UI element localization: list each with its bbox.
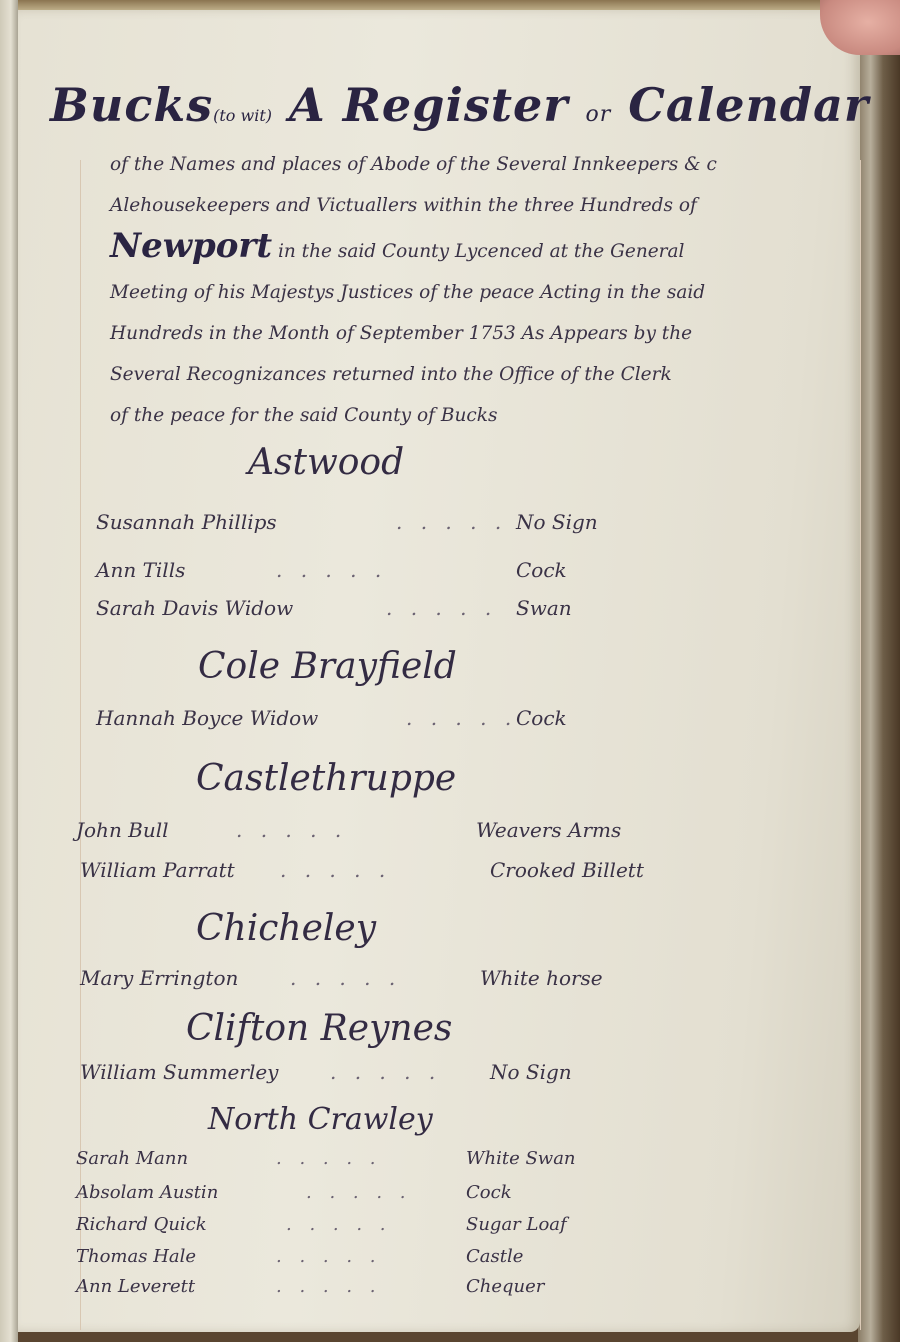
licensee-name: Richard Quick: [76, 1214, 207, 1235]
licensee-name: Sarah Mann: [76, 1148, 188, 1169]
leader-dots: . . . . .: [286, 1214, 392, 1235]
title-to-wit: (to wit): [213, 106, 272, 125]
inn-sign: Weavers Arms: [476, 818, 621, 842]
intro-line-text: in the said County Lycenced at the Gener…: [278, 241, 685, 262]
register-entry: William Summerley . . . . . No Sign: [80, 1060, 760, 1090]
inn-sign: Cock: [516, 558, 567, 582]
intro-line: of the Names and places of Abode of the …: [110, 144, 870, 185]
licensee-name: Ann Tills: [96, 558, 185, 582]
intro-line-newport: Newport in the said County Lycenced at t…: [110, 226, 870, 272]
inn-sign: White Swan: [466, 1148, 576, 1169]
leader-dots: . . . . .: [396, 510, 507, 534]
register-entry: Absolam Austin . . . . . Cock: [76, 1182, 756, 1212]
intro-line: of the peace for the said County of Buck…: [110, 395, 870, 436]
register-entry: Ann Tills . . . . . Cock: [96, 558, 776, 588]
inn-sign: Chequer: [466, 1276, 544, 1297]
register-entry: John Bull . . . . . Weavers Arms: [76, 818, 756, 848]
facing-page-edge: [0, 0, 18, 1342]
inn-sign: Sugar Loaf: [466, 1214, 567, 1235]
leader-dots: . . . . .: [276, 1246, 382, 1267]
inn-sign: No Sign: [490, 1060, 572, 1084]
licensee-name: William Summerley: [80, 1060, 278, 1084]
manuscript-page: Bucks(to wit) A Register or Calendar of …: [18, 10, 860, 1332]
register-entry: Mary Errington . . . . . White horse: [80, 966, 760, 996]
leader-dots: . . . . .: [236, 818, 347, 842]
register-entry: Ann Leverett . . . . . Chequer: [76, 1276, 756, 1306]
licensee-name: Susannah Phillips: [96, 510, 277, 534]
inn-sign: Cock: [466, 1182, 512, 1203]
intro-line: Alehousekeepers and Victuallers within t…: [110, 185, 870, 226]
inn-sign: Swan: [516, 596, 572, 620]
intro-line: Hundreds in the Month of September 1753 …: [110, 313, 870, 354]
register-entry: Hannah Boyce Widow . . . . . Cock: [96, 706, 776, 736]
title-or: or: [586, 102, 612, 127]
intro-paragraph: of the Names and places of Abode of the …: [110, 144, 870, 436]
licensee-name: Mary Errington: [80, 966, 238, 990]
leader-dots: . . . . .: [290, 966, 401, 990]
newport-heading: Newport: [110, 226, 272, 266]
parish-heading: Cole Brayfield: [198, 646, 457, 687]
leader-dots: . . . . .: [276, 1148, 382, 1169]
leader-dots: . . . . .: [406, 706, 517, 730]
intro-line: Meeting of his Majestys Justices of the …: [110, 272, 870, 313]
licensee-name: Sarah Davis Widow: [96, 596, 293, 620]
licensee-name: Ann Leverett: [76, 1276, 195, 1297]
licensee-name: Absolam Austin: [76, 1182, 218, 1203]
licensee-name: William Parratt: [80, 858, 235, 882]
leader-dots: . . . . .: [280, 858, 391, 882]
register-entry: Richard Quick . . . . . Sugar Loaf: [76, 1214, 756, 1244]
parish-heading: Clifton Reynes: [186, 1008, 452, 1049]
licensee-name: John Bull: [76, 818, 169, 842]
parish-heading: Castlethruppe: [196, 758, 456, 799]
parish-heading: North Crawley: [208, 1102, 433, 1137]
register-entry: William Parratt . . . . . Crooked Billet…: [80, 858, 760, 888]
inn-sign: Crooked Billett: [490, 858, 644, 882]
title-county: Bucks: [50, 78, 213, 132]
inn-sign: No Sign: [516, 510, 598, 534]
leader-dots: . . . . .: [330, 1060, 441, 1084]
page-title: Bucks(to wit) A Register or Calendar: [50, 78, 869, 132]
register-entry: Thomas Hale . . . . . Castle: [76, 1246, 756, 1276]
title-part1: A Register: [289, 78, 569, 132]
inn-sign: Castle: [466, 1246, 523, 1267]
inn-sign: White horse: [480, 966, 603, 990]
title-part2: Calendar: [628, 78, 869, 132]
register-entry: Sarah Mann . . . . . White Swan: [76, 1148, 756, 1178]
parish-heading: Chicheley: [196, 908, 376, 949]
parish-heading: Astwood: [248, 442, 404, 483]
leader-dots: . . . . .: [386, 596, 497, 620]
inn-sign: Cock: [516, 706, 567, 730]
licensee-name: Thomas Hale: [76, 1246, 196, 1267]
register-entry: Sarah Davis Widow . . . . . Swan: [96, 596, 776, 626]
licensee-name: Hannah Boyce Widow: [96, 706, 318, 730]
leader-dots: . . . . .: [276, 558, 387, 582]
leader-dots: . . . . .: [306, 1182, 412, 1203]
register-entry: Susannah Phillips . . . . . No Sign: [96, 510, 776, 540]
intro-line: Several Recognizances returned into the …: [110, 354, 870, 395]
leader-dots: . . . . .: [276, 1276, 382, 1297]
